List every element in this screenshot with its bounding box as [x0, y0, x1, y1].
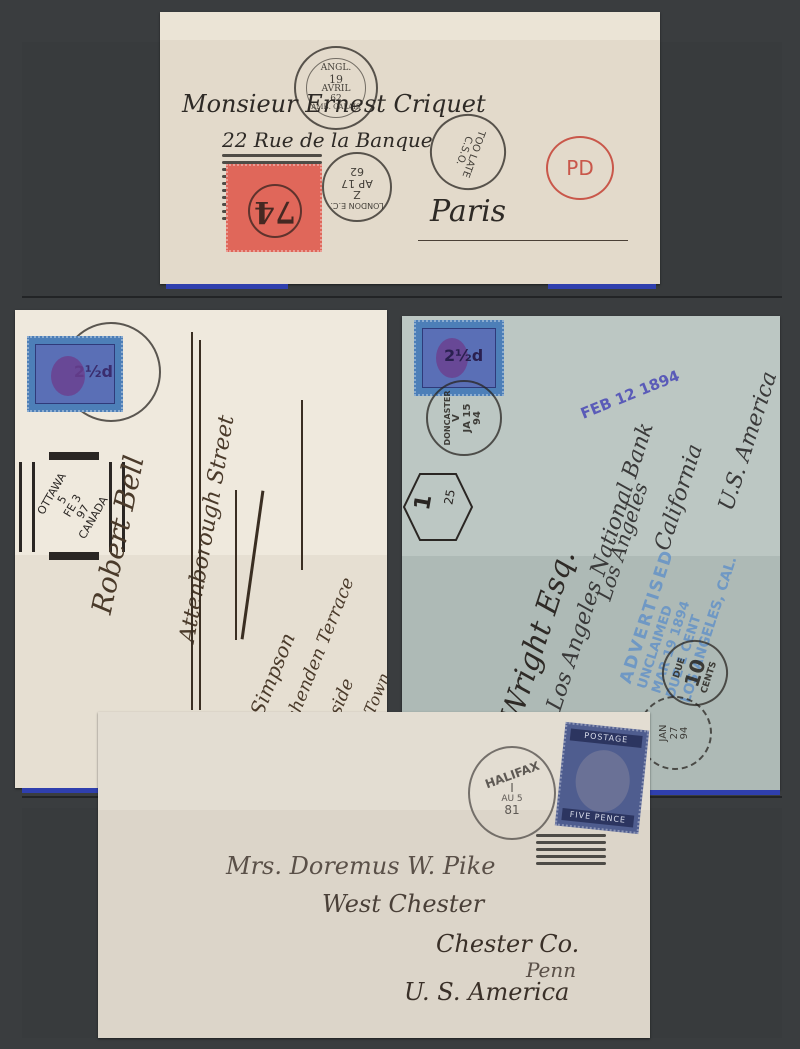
postmark-hexagonal: 1 25: [402, 472, 474, 542]
cover-flap: [160, 12, 660, 40]
stamp-lilac-fivepence: POSTAGE FIVE PENCE: [555, 722, 649, 834]
handstamp-received-date: FEB 12 1894: [578, 367, 682, 423]
mount-edge: [548, 284, 656, 289]
postmark-london-ec: LONDON E.C. Z AP 17 62: [322, 152, 392, 222]
barred-numeral-cancel: [536, 830, 606, 869]
strip-divider: [22, 296, 782, 298]
address-town: West Chester: [322, 890, 484, 918]
postmark-pd-red: PD: [546, 136, 614, 200]
strikethrough-line: [235, 490, 237, 640]
strikethrough-line: [199, 340, 201, 710]
mount-edge: [650, 790, 780, 795]
stamp-purple-portrait: [51, 356, 85, 396]
address-county: Chester Co.: [436, 930, 579, 958]
strikethrough-line: [191, 332, 193, 710]
stamp-red-fourpence: 74: [226, 164, 322, 252]
underline: [418, 240, 628, 241]
address-line-1: Monsieur Ernest Criquet: [182, 90, 486, 118]
address-city: Paris: [430, 194, 506, 229]
address-name: Mrs. Doremus W. Pike: [226, 852, 495, 880]
numeral-cancel: 74: [248, 184, 302, 238]
stamp-portrait: [573, 747, 633, 814]
cover-paris-1862: ANGL. 19 AVRIL 62 AMB. CALAIS 74 LONDON …: [160, 12, 660, 284]
cover-halifax-to-west-chester: HALIFAX I AU 5 81 POSTAGE FIVE PENCE Mrs…: [98, 712, 650, 1038]
address-country: U.S. America: [714, 369, 780, 514]
address-line-2: 22 Rue de la Banque: [222, 128, 433, 152]
strikethrough-line: [301, 400, 303, 570]
stamp-value: 2½d: [444, 346, 483, 365]
postmark-doncaster: DONCASTER V JA 15 94: [426, 380, 502, 456]
stamp-blue-twopence-halfpenny: 2½d: [27, 336, 123, 412]
mount-edge: [166, 284, 288, 289]
address-country: U. S. America: [404, 978, 569, 1006]
postmark-halifax: HALIFAX I AU 5 81: [468, 746, 556, 840]
mount-edge: [22, 788, 98, 793]
